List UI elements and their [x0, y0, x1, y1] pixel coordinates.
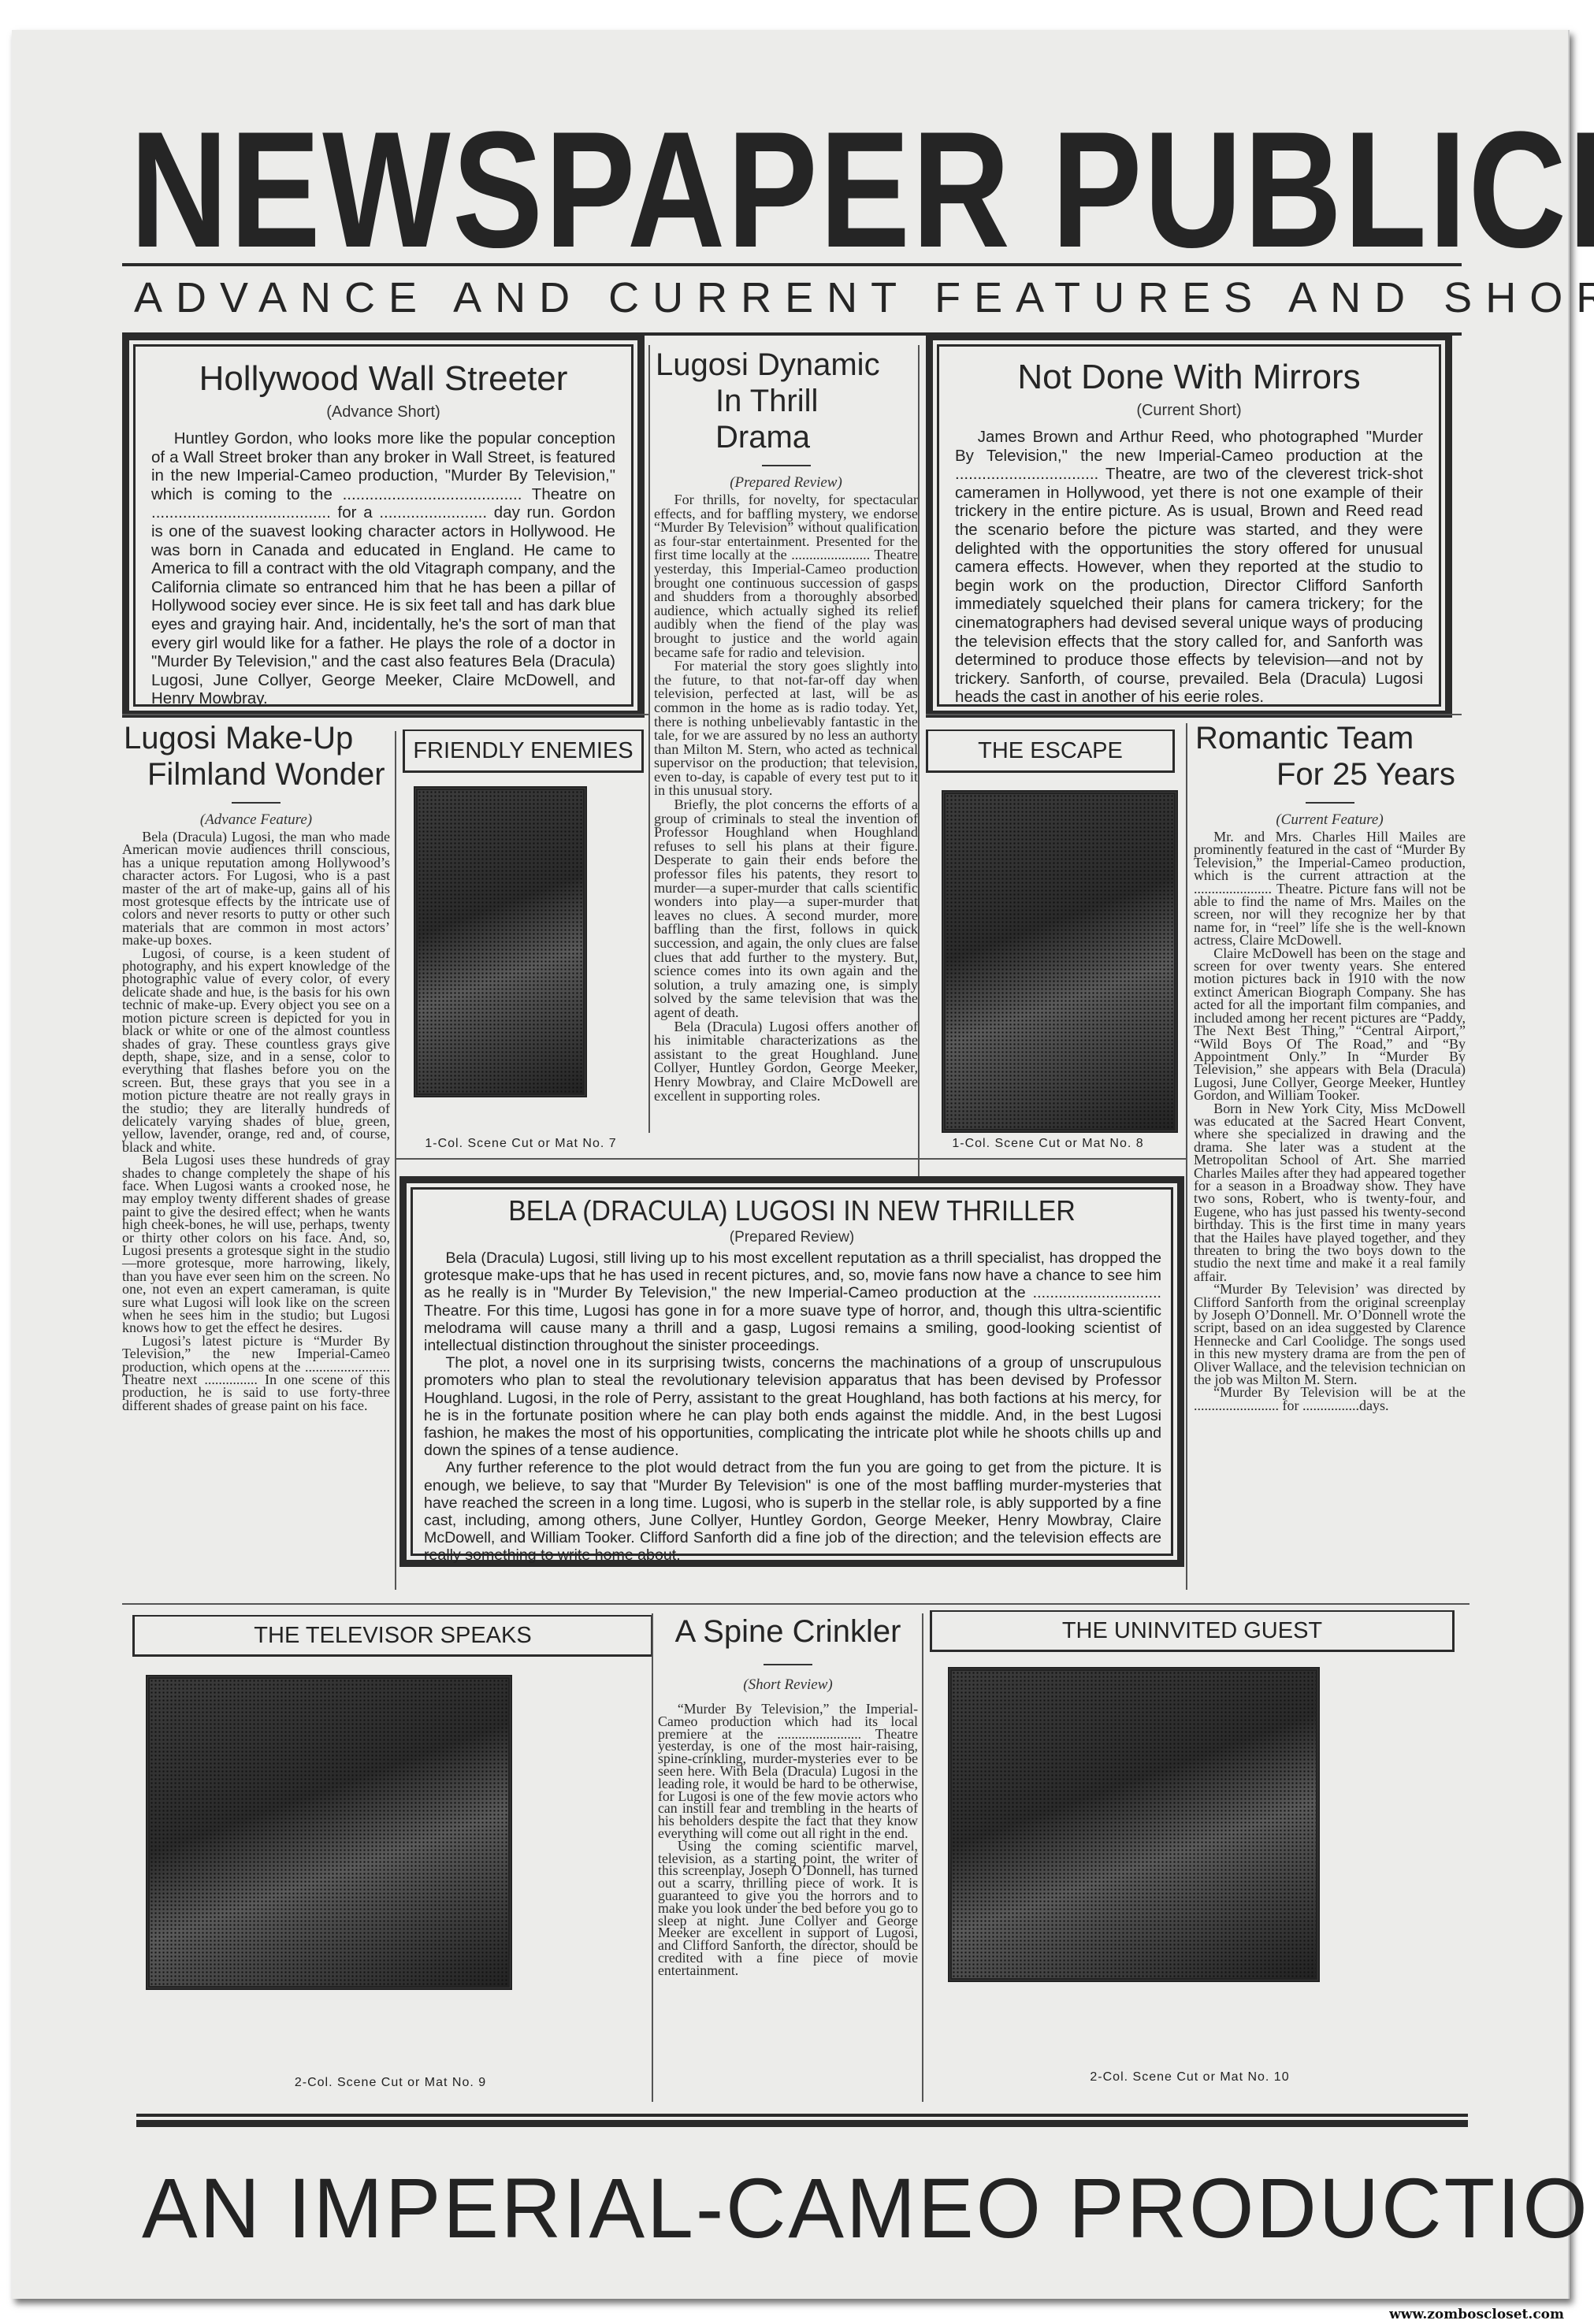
- article-title: Not Done With Mirrors: [933, 358, 1445, 397]
- article-paragraph: For material the story goes slightly int…: [654, 659, 918, 798]
- footer-rule-thin: [136, 2114, 1468, 2117]
- article-kicker: (Prepared Review): [407, 1229, 1177, 1246]
- page-subtitle: ADVANCE AND CURRENT FEATURES AND SHORTS: [134, 274, 1466, 321]
- photo-the-escape: [942, 790, 1178, 1133]
- article-kicker: (Current Short): [933, 402, 1445, 420]
- article-lugosi-makeup: Lugosi Make-Up Filmland Wonder (Advance …: [122, 720, 390, 1412]
- photo-friendly-enemies: [414, 786, 587, 1097]
- section-rule: [122, 714, 648, 715]
- article-hollywood-wall-streeter: Hollywood Wall Streeter (Advance Short) …: [122, 333, 645, 718]
- article-kicker: (Current Feature): [1194, 811, 1466, 829]
- divider: [762, 465, 811, 466]
- photo-televisor-speaks: [146, 1675, 512, 1990]
- section-rule: [926, 714, 1462, 715]
- article-spine-crinkler: A Spine Crinkler (Short Review) “Murder …: [658, 1613, 918, 1977]
- article-not-done-with-mirrors: Not Done With Mirrors (Current Short) Ja…: [926, 333, 1452, 718]
- article-title-line1: Lugosi Dynamic: [654, 347, 918, 383]
- article-title-line2: Filmland Wonder: [122, 756, 390, 793]
- footer-rule-thick: [136, 2120, 1468, 2127]
- article-paragraph: “Murder By Television’ was directed by C…: [1194, 1283, 1466, 1386]
- photo-caption: 1-Col. Scene Cut or Mat No. 7: [403, 1137, 639, 1151]
- article-kicker: (Short Review): [658, 1676, 918, 1694]
- article-title: BELA (DRACULA) LUGOSI IN NEW THRILLER: [429, 1194, 1154, 1227]
- article-title-line1: Romantic Team: [1194, 720, 1466, 756]
- article-paragraph: Briefly, the plot concerns the efforts o…: [654, 798, 918, 1020]
- article-paragraph: For thrills, for novelty, for spectacula…: [654, 493, 918, 659]
- article-body: Huntley Gordon, who looks more like the …: [151, 429, 615, 708]
- article-title-line2: In Thrill Drama: [654, 383, 918, 455]
- article-paragraph: Born in New York City, Miss McDowell was…: [1194, 1102, 1466, 1283]
- photo-caption: 2-Col. Scene Cut or Mat No. 10: [930, 2070, 1450, 2085]
- photo-title-friendly-enemies: FRIENDLY ENEMIES: [403, 729, 644, 773]
- article-lugosi-dynamic: Lugosi Dynamic In Thrill Drama (Prepared…: [654, 347, 918, 1103]
- article-paragraph: Bela Lugosi uses these hundreds of gray …: [122, 1153, 390, 1335]
- column-divider: [648, 345, 650, 1133]
- article-paragraph: The plot, a novel one in its surprising …: [424, 1354, 1161, 1459]
- article-title: A Spine Crinkler: [658, 1613, 918, 1650]
- column-divider: [922, 1613, 923, 2102]
- column-divider: [395, 731, 396, 1590]
- article-paragraph: Bela (Dracula) Lugosi, the man who made …: [122, 830, 390, 947]
- pressbook-page: NEWSPAPER PUBLICITY ADVANCE AND CURRENT …: [12, 30, 1570, 2299]
- article-title-line2: For 25 Years: [1194, 756, 1466, 793]
- article-paragraph: Any further reference to the plot would …: [424, 1459, 1161, 1564]
- article-kicker: (Advance Short): [129, 403, 637, 421]
- divider: [764, 1664, 812, 1665]
- watermark: www.zomboscloset.com: [1389, 2307, 1564, 2322]
- production-credit: AN IMPERIAL-CAMEO PRODUCTION: [142, 2157, 1455, 2259]
- article-paragraph: Using the coming scientific marvel, tele…: [658, 1840, 918, 1977]
- article-paragraph: Lugosi’s latest picture is “Murder By Te…: [122, 1335, 390, 1412]
- column-divider: [652, 1613, 653, 2102]
- column-divider: [918, 345, 920, 1180]
- photo-title-uninvited-guest: THE UNINVITED GUEST: [930, 1610, 1455, 1652]
- article-paragraph: Mr. and Mrs. Charles Hill Mailes are pro…: [1194, 830, 1466, 947]
- article-paragraph: “Murder By Television,” the Imperial-Cam…: [658, 1703, 918, 1840]
- photo-title-televisor-speaks: THE TELEVISOR SPEAKS: [132, 1615, 653, 1657]
- photo-uninvited-guest: [948, 1667, 1320, 1982]
- photo-caption: 1-Col. Scene Cut or Mat No. 8: [926, 1137, 1170, 1151]
- section-rule: [395, 1158, 1186, 1160]
- article-bela-new-thriller: BELA (DRACULA) LUGOSI IN NEW THRILLER (P…: [399, 1176, 1184, 1567]
- article-kicker: (Prepared Review): [654, 474, 918, 492]
- article-body: James Brown and Arthur Reed, who photogr…: [955, 428, 1423, 707]
- photo-title-the-escape: THE ESCAPE: [926, 729, 1175, 773]
- article-paragraph: Bela (Dracula) Lugosi, still living up t…: [424, 1249, 1161, 1354]
- article-paragraph: Claire McDowell has been on the stage an…: [1194, 947, 1466, 1102]
- article-paragraph: Lugosi, of course, is a keen student of …: [122, 947, 390, 1154]
- article-title-line1: Lugosi Make-Up: [122, 720, 390, 756]
- article-kicker: (Advance Feature): [122, 811, 390, 829]
- divider: [232, 802, 281, 804]
- article-paragraph: “Murder By Television will be at the ...…: [1194, 1386, 1466, 1412]
- photo-caption: 2-Col. Scene Cut or Mat No. 9: [132, 2076, 648, 2090]
- masthead-rule-top: [122, 263, 1462, 266]
- column-divider: [1186, 723, 1187, 1590]
- section-rule: [122, 1603, 1470, 1605]
- page-title: NEWSPAPER PUBLICITY: [130, 123, 1222, 257]
- article-paragraph: Bela (Dracula) Lugosi offers another of …: [654, 1020, 918, 1104]
- article-romantic-team: Romantic Team For 25 Years (Current Feat…: [1194, 720, 1466, 1412]
- divider: [1306, 802, 1354, 804]
- article-title: Hollywood Wall Streeter: [129, 359, 637, 399]
